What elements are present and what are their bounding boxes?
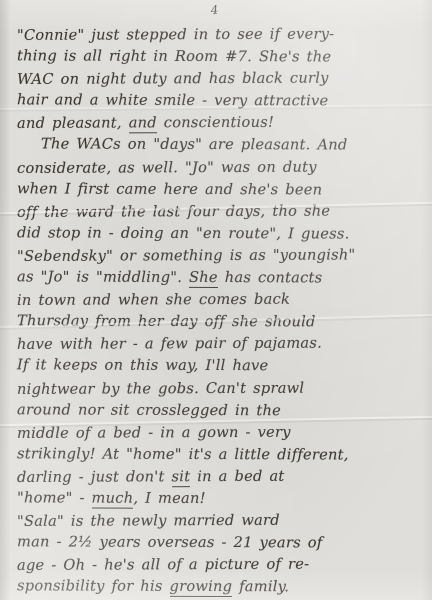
letter-body: "Connie" just stepped in to see if every…: [0, 0, 432, 598]
handwritten-line: as "Jo" is "middling". She has contacts: [17, 266, 422, 290]
text-segment: "Connie" just stepped in to see if every…: [17, 25, 334, 43]
text-segment: have with her - a few pair of pajamas.: [17, 335, 322, 353]
text-segment: nightwear by the gobs. Can't sprawl: [17, 379, 304, 397]
text-segment: middle of a bed - in a gown - very: [17, 423, 291, 441]
text-segment: The WACs on "days" are pleasant. And: [41, 136, 348, 154]
underlined-word: growing: [169, 578, 232, 597]
text-segment: conscientious!: [157, 114, 274, 132]
handwritten-line: "Sala" is the newly married ward: [17, 509, 422, 533]
underlined-word: much: [92, 490, 134, 509]
text-segment: hair and a white smile - very attractive: [17, 92, 329, 110]
text-segment: , I mean!: [133, 490, 205, 507]
text-segment: "Sala" is the newly married ward: [17, 512, 280, 530]
text-segment: in town and when she comes back: [17, 291, 290, 309]
text-segment: man - 2½ years overseas - 21 years of: [17, 533, 322, 551]
text-segment: If it keeps on this way, I'll have: [17, 357, 269, 375]
text-segment: did stop in - doing an "en route", I gue…: [17, 224, 350, 242]
text-segment: Thursday from her day off she should: [17, 313, 316, 331]
text-segment: family.: [232, 578, 289, 595]
text-segment: off the ward the last four days, tho she: [17, 202, 330, 220]
handwritten-line: If it keeps on this way, I'll have: [17, 355, 422, 379]
text-segment: darling - just don't: [17, 468, 172, 486]
handwritten-line: in town and when she comes back: [17, 288, 422, 312]
text-segment: and pleasant,: [17, 115, 129, 132]
handwritten-line: "Sebendsky" or something is as "youngish…: [17, 244, 422, 268]
handwritten-line: sponsibility for his growing family.: [17, 576, 422, 600]
handwritten-line: man - 2½ years overseas - 21 years of: [17, 531, 422, 555]
handwritten-line: strikingly! At "home" it's a little diff…: [17, 443, 422, 467]
handwritten-line: The WACs on "days" are pleasant. And: [17, 134, 422, 158]
handwritten-line: have with her - a few pair of pajamas.: [17, 332, 422, 356]
text-segment: thing is all right in Room #7. She's the: [17, 47, 331, 65]
handwritten-line: did stop in - doing an "en route", I gue…: [17, 222, 422, 246]
handwritten-line: "Connie" just stepped in to see if every…: [17, 23, 422, 47]
handwritten-line: considerate, as well. "Jo" was on duty: [17, 156, 422, 180]
underlined-word: She: [189, 269, 218, 288]
handwritten-line: thing is all right in Room #7. She's the: [17, 45, 422, 69]
handwritten-line: Thursday from her day off she should: [17, 311, 422, 335]
handwritten-line: nightwear by the gobs. Can't sprawl: [17, 377, 422, 401]
text-segment: around nor sit crosslegged in the: [17, 401, 281, 419]
text-segment: when I first came here and she's been: [17, 180, 322, 198]
underlined-word: and: [129, 115, 157, 134]
handwritten-line: age - Oh - he's all of a picture of re-: [17, 553, 422, 577]
text-segment: considerate, as well. "Jo" was on duty: [17, 158, 317, 176]
text-segment: "home" -: [17, 489, 92, 506]
text-segment: "Sebendsky" or something is as "youngish…: [17, 246, 356, 264]
handwritten-line: around nor sit crosslegged in the: [17, 399, 422, 423]
handwritten-line: and pleasant, and conscientious!: [17, 111, 422, 135]
text-segment: in a bed at: [190, 468, 284, 485]
handwritten-line: darling - just don't sit in a bed at: [17, 465, 422, 489]
handwritten-line: hair and a white smile - very attractive: [17, 90, 422, 114]
text-segment: as "Jo" is "middling".: [17, 268, 189, 286]
handwritten-line: WAC on night duty and has black curly: [17, 67, 422, 91]
text-segment: sponsibility for his: [17, 578, 170, 596]
handwritten-line: when I first came here and she's been: [17, 178, 422, 202]
text-segment: WAC on night duty and has black curly: [17, 70, 329, 88]
underlined-word: sit: [171, 468, 190, 487]
text-segment: has contacts: [218, 269, 323, 286]
handwritten-line: "home" - much, I mean!: [17, 487, 422, 511]
text-segment: strikingly! At "home" it's a little diff…: [17, 445, 349, 463]
text-segment: age - Oh - he's all of a picture of re-: [17, 556, 309, 574]
handwritten-line: off the ward the last four days, tho she: [17, 200, 422, 224]
handwritten-line: middle of a bed - in a gown - very: [17, 421, 422, 445]
scanned-letter-page: { "document": { "page_number": "4", "col…: [0, 0, 432, 600]
